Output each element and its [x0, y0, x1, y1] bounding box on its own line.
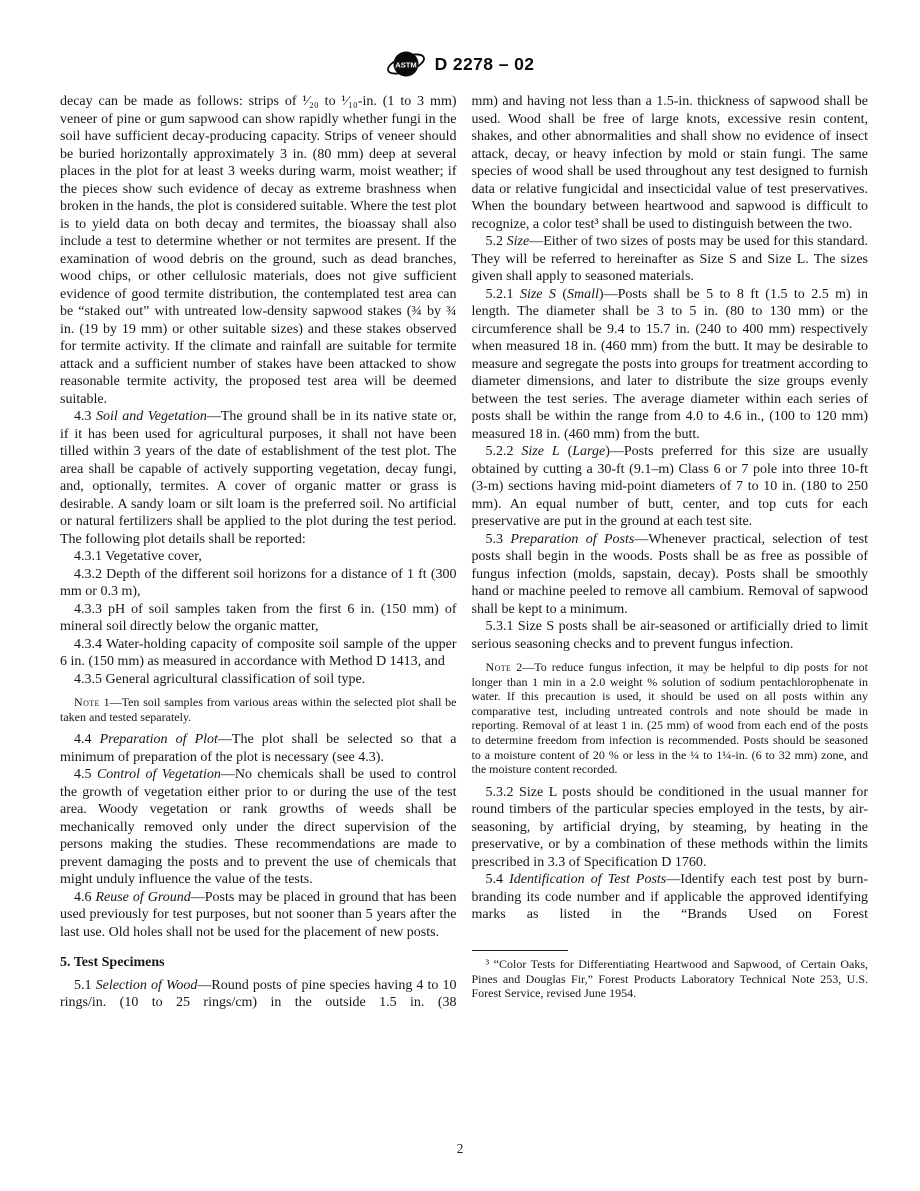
- document-designation: D 2278 – 02: [435, 54, 535, 75]
- paragraph: 4.3 Soil and Vegetation—The ground shall…: [60, 408, 457, 548]
- note-2: Note 2—To reduce fungus infection, it ma…: [472, 660, 869, 777]
- page-number: 2: [457, 1141, 464, 1156]
- paragraph: 5.1 Selection of Wood—Round posts of pin…: [60, 977, 457, 1012]
- note-1: Note 1—Ten soil samples from various are…: [60, 695, 457, 724]
- astm-logo-icon: ASTM: [386, 47, 426, 81]
- section-5-heading: 5. Test Specimens: [60, 954, 457, 972]
- footnote-divider: [472, 950, 568, 951]
- paragraph: 4.3.2 Depth of the different soil horizo…: [60, 566, 457, 601]
- left-column: decay can be made as follows: strips of …: [60, 93, 457, 1012]
- document-page: ASTM D 2278 – 02 decay can be made as fo…: [0, 0, 920, 1191]
- paragraph: 5.3.2 Size L posts should be conditioned…: [472, 784, 869, 872]
- astm-logo-text: ASTM: [395, 60, 417, 69]
- document-body: decay can be made as follows: strips of …: [0, 84, 920, 1012]
- footnote-3: ³ “Color Tests for Differentiating Heart…: [472, 957, 869, 1001]
- paragraph: 4.3.3 pH of soil samples taken from the …: [60, 601, 457, 636]
- right-column: mm) and having not less than a 1.5-in. t…: [472, 93, 869, 1012]
- document-header: ASTM D 2278 – 02: [0, 0, 920, 84]
- paragraph: 5.3 Preparation of Posts—Whenever practi…: [472, 531, 869, 619]
- page-footer: 2: [0, 1141, 920, 1157]
- paragraph: mm) and having not less than a 1.5-in. t…: [472, 93, 869, 233]
- paragraph: 4.6 Reuse of Ground—Posts may be placed …: [60, 889, 457, 942]
- paragraph: decay can be made as follows: strips of …: [60, 93, 457, 408]
- paragraph: 4.4 Preparation of Plot—The plot shall b…: [60, 731, 457, 766]
- paragraph: 5.2 Size—Either of two sizes of posts ma…: [472, 233, 869, 286]
- paragraph: 5.2.1 Size S (Small)—Posts shall be 5 to…: [472, 286, 869, 444]
- paragraph: 4.3.4 Water-holding capacity of composit…: [60, 636, 457, 671]
- paragraph: 4.5 Control of Vegetation—No chemicals s…: [60, 766, 457, 889]
- paragraph: 5.3.1 Size S posts shall be air-seasoned…: [472, 618, 869, 653]
- paragraph: 4.3.1 Vegetative cover,: [60, 548, 457, 566]
- paragraph: 5.2.2 Size L (Large)—Posts preferred for…: [472, 443, 869, 531]
- paragraph: 4.3.5 General agricultural classificatio…: [60, 671, 457, 689]
- paragraph: 5.4 Identification of Test Posts—Identif…: [472, 871, 869, 924]
